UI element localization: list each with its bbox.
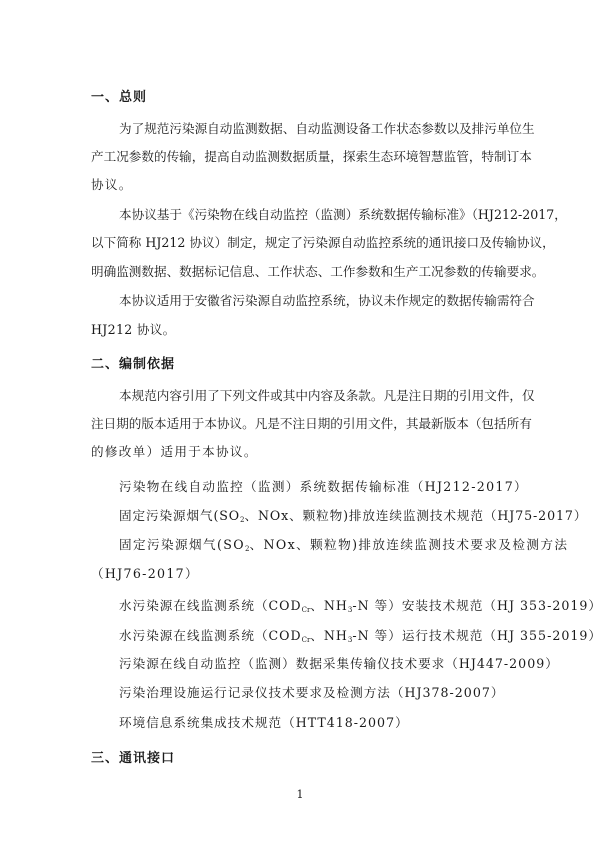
paragraph-line: 本规范内容引用了下列文件或其中内容及条款。凡是注日期的引用文件，仅 — [119, 388, 509, 404]
paragraph-line: 明确监测数据、数据标记信息、工作状态、工作参数和生产工况参数的传输要求。 — [91, 264, 509, 280]
page-number: 1 — [0, 788, 600, 802]
paragraph-line: 以下简称 HJ212 协议）制定，规定了污染源自动监控系统的通讯接口及传输协议， — [91, 235, 509, 251]
reference-item: 污染源在线自动监控（监测）数据采集传输仪技术要求（HJ447-2009） — [119, 656, 509, 672]
section-heading-general: 一、总则 — [91, 90, 147, 106]
reference-item: 污染物在线自动监控（监测）系统数据传输标准（HJ212-2017） — [119, 479, 509, 495]
reference-item: 污染治理设施运行记录仪技术要求及检测方法（HJ378-2007） — [119, 685, 509, 701]
paragraph-line: 为了规范污染源自动监测数据、自动监测设备工作状态参数以及排污单位生 — [119, 121, 509, 137]
section-heading-basis: 二、编制依据 — [91, 357, 175, 373]
document-page: 一、总则 为了规范污染源自动监测数据、自动监测设备工作状态参数以及排污单位生 产… — [0, 0, 600, 848]
paragraph-line: 本协议基于《污染物在线自动监控（监测）系统数据传输标准》（HJ212-2017， — [119, 207, 509, 223]
paragraph-line: 注日期的版本适用于本协议。凡是不注日期的引用文件，其最新版本（包括所有 — [91, 416, 509, 432]
reference-item-continued: （HJ76-2017） — [91, 566, 509, 582]
paragraph-line: 协议。 — [91, 177, 509, 193]
reference-item: 水污染源在线监测系统（CODCr、NH3-N 等）安装技术规范（HJ 353-2… — [119, 598, 509, 618]
reference-item: 水污染源在线监测系统（CODCr、NH3-N 等）运行技术规范（HJ 355-2… — [119, 628, 509, 648]
reference-item: 固定污染源烟气(SO2、NOx、颗粒物)排放连续监测技术要求及检测方法 — [119, 537, 509, 557]
reference-item: 环境信息系统集成技术规范（HTT418-2007） — [119, 715, 509, 731]
section-heading-interface: 三、通讯接口 — [91, 751, 175, 767]
paragraph-line: HJ212 协议。 — [91, 322, 509, 338]
paragraph-line: 产工况参数的传输，提高自动监测数据质量，探索生态环境智慧监管，特制订本 — [91, 149, 509, 165]
paragraph-line: 的修改单）适用于本协议。 — [91, 444, 509, 460]
paragraph-line: 本协议适用于安徽省污染源自动监控系统，协议未作规定的数据传输需符合 — [119, 293, 509, 309]
reference-item: 固定污染源烟气(SO2、NOx、颗粒物)排放连续监测技术规范（HJ75-2017… — [119, 508, 509, 528]
